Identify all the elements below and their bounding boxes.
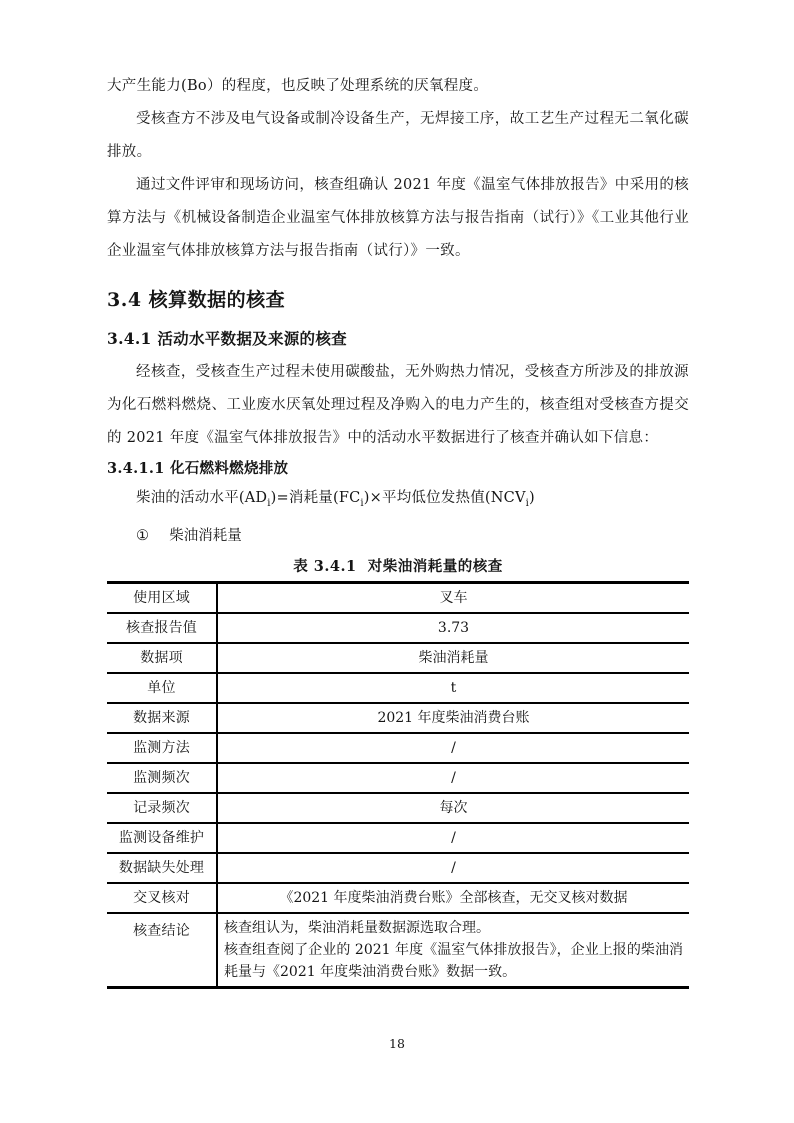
section-heading-3-4: 3.4 核算数据的核查: [107, 285, 689, 312]
table-row: 数据来源 2021 年度柴油消费台账: [107, 703, 689, 733]
row-label-cell: 单位: [107, 673, 217, 703]
circled-number-icon: ①: [136, 528, 149, 544]
diesel-verification-table: 使用区域 叉车 核查报告值 3.73 数据项 柴油消耗量 单位 t 数据来源 2…: [107, 581, 689, 989]
row-label-cell: 核查结论: [107, 913, 217, 988]
row-label-cell: 监测频次: [107, 763, 217, 793]
table-row: 数据缺失处理 /: [107, 853, 689, 883]
row-value-cell: /: [217, 823, 689, 853]
row-value-cell: 核查组认为，柴油消耗量数据源选取合理。 核查组查阅了企业的 2021 年度《温室…: [217, 913, 689, 988]
page-content: 大产生能力(Bo）的程度，也反映了处理系统的厌氧程度。 受核查方不涉及电气设备或…: [107, 70, 689, 989]
diesel-activity-formula: 柴油的活动水平(ADi)=消耗量(FCi)×平均低位发热值(NCVi): [107, 482, 689, 520]
row-value-cell: /: [217, 853, 689, 883]
row-value-cell: 《2021 年度柴油消费台账》全部核查，无交叉核对数据: [217, 883, 689, 913]
table-row: 单位 t: [107, 673, 689, 703]
section-heading-3-4-1: 3.4.1 活动水平数据及来源的核查: [107, 327, 689, 349]
table-row: 监测方法 /: [107, 733, 689, 763]
row-label-cell: 使用区域: [107, 582, 217, 613]
table-caption: 表 3.4.1 对柴油消耗量的核查: [107, 555, 689, 579]
formula-seg2: )=消耗量(FC: [271, 490, 361, 506]
table-row: 监测频次 /: [107, 763, 689, 793]
table-row: 记录频次 每次: [107, 793, 689, 823]
row-value-cell: 3.73: [217, 613, 689, 643]
row-value-cell: 叉车: [217, 582, 689, 613]
formula-seg3: )×平均低位发热值(NCV: [364, 490, 526, 506]
conclusion-line-1: 核查组认为，柴油消耗量数据源选取合理。: [224, 917, 683, 939]
row-value-cell: 每次: [217, 793, 689, 823]
table-row: 监测设备维护 /: [107, 823, 689, 853]
paragraph-method-confirmation: 通过文件评审和现场访问，核查组确认 2021 年度《温室气体排放报告》中采用的核…: [107, 169, 689, 268]
row-value-cell: /: [217, 733, 689, 763]
row-label-cell: 记录频次: [107, 793, 217, 823]
row-label-cell: 数据来源: [107, 703, 217, 733]
paragraph-activity-data: 经核查，受核查生产过程未使用碳酸盐，无外购热力情况，受核查方所涉及的排放源为化石…: [107, 356, 689, 455]
list-item-diesel-consumption: ①柴油消耗量: [107, 520, 689, 553]
row-label-cell: 交叉核对: [107, 883, 217, 913]
page-number: 18: [0, 1036, 794, 1051]
row-label-cell: 核查报告值: [107, 613, 217, 643]
table-row-conclusion: 核查结论 核查组认为，柴油消耗量数据源选取合理。 核查组查阅了企业的 2021 …: [107, 913, 689, 988]
table-row: 核查报告值 3.73: [107, 613, 689, 643]
row-label-cell: 监测设备维护: [107, 823, 217, 853]
row-label-cell: 数据缺失处理: [107, 853, 217, 883]
row-label-cell: 数据项: [107, 643, 217, 673]
document-page: 大产生能力(Bo）的程度，也反映了处理系统的厌氧程度。 受核查方不涉及电气设备或…: [0, 0, 794, 1123]
row-value-cell: /: [217, 763, 689, 793]
conclusion-line-2: 核查组查阅了企业的 2021 年度《温室气体排放报告》，企业上报的柴油消耗量与《…: [224, 939, 683, 983]
table-row: 使用区域 叉车: [107, 582, 689, 613]
paragraph-process-emissions: 受核查方不涉及电气设备或制冷设备生产，无焊接工序，故工艺生产过程无二氧化碳排放。: [107, 103, 689, 169]
row-value-cell: t: [217, 673, 689, 703]
section-heading-3-4-1-1: 3.4.1.1 化石燃料燃烧排放: [107, 455, 689, 482]
row-value-cell: 柴油消耗量: [217, 643, 689, 673]
table-row: 数据项 柴油消耗量: [107, 643, 689, 673]
row-label-cell: 监测方法: [107, 733, 217, 763]
formula-seg4: ): [529, 490, 535, 506]
formula-seg1: 柴油的活动水平(AD: [136, 490, 267, 506]
table-row: 交叉核对 《2021 年度柴油消费台账》全部核查，无交叉核对数据: [107, 883, 689, 913]
row-value-cell: 2021 年度柴油消费台账: [217, 703, 689, 733]
paragraph-continuation: 大产生能力(Bo）的程度，也反映了处理系统的厌氧程度。: [107, 70, 689, 103]
list-item-label: 柴油消耗量: [169, 528, 242, 544]
